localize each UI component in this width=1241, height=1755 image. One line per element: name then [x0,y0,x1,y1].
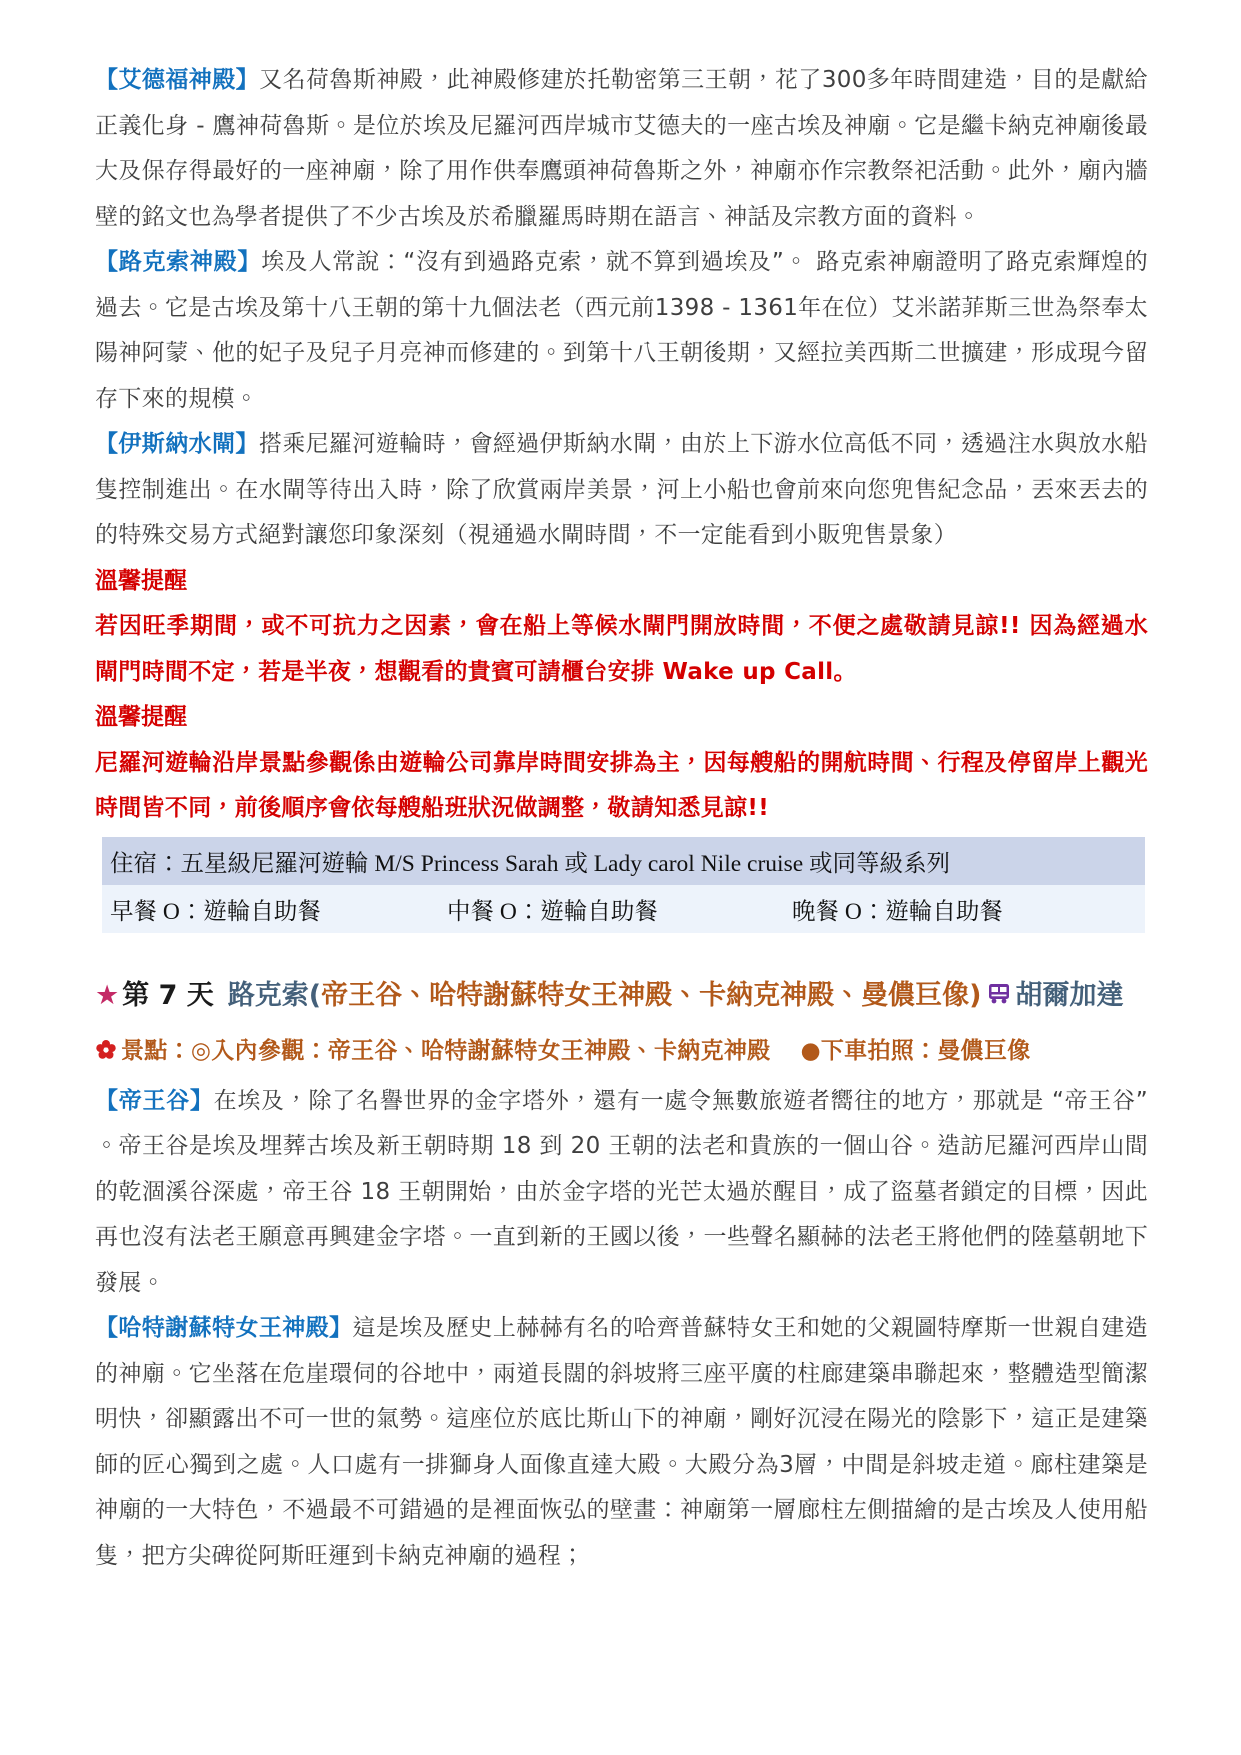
accommodation-row: 住宿：五星級尼羅河遊輪 M/S Princess Sarah 或 Lady ca… [102,837,1145,885]
breakfast-cell: 早餐 O：遊輪自助餐 [110,892,447,926]
accommodation-text: 住宿：五星級尼羅河遊輪 M/S Princess Sarah 或 Lady ca… [110,844,950,878]
paragraph-edfu-temple: 【艾德福神殿】又名荷魯斯神殿，此神殿修建於托勒密第三王朝，花了300多年時間建造… [95,58,1148,240]
temple-name-header: 【路克索神殿】 [95,249,261,275]
day-city-label: 路克索( [228,980,321,1011]
paragraph-esna-lock: 【伊斯納水閘】搭乘尼羅河遊輪時，會經過伊斯納水閘，由於上下游水位高低不同，透過注… [95,422,1148,559]
temple-name-header: 【哈特謝蘇特女王神殿】 [95,1315,352,1341]
lodging-table: 住宿：五星級尼羅河遊輪 M/S Princess Sarah 或 Lady ca… [102,837,1145,933]
flower-icon [95,1033,117,1075]
day-number-label: 第 7 天 [122,980,214,1011]
paragraph-text: 在埃及，除了名譽世界的金字塔外，還有一處令無數旅遊者嚮往的地方，那就是 “帝王谷… [95,1088,1148,1296]
dinner-cell: 晚餐 O：遊輪自助餐 [792,892,1145,926]
sights-line: 景點：◎入內參觀：帝王谷、哈特謝蘇特女王神殿、卡納克神殿●下車拍照：曼儂巨像 [95,1030,1148,1075]
notice-text: 若因旺季期間，或不可抗力之因素，會在船上等候水閘門開放時間，不便之處敬請見諒!!… [95,604,1148,695]
page-content: 【艾德福神殿】又名荷魯斯神殿，此神殿修建於托勒密第三王朝，花了300多年時間建造… [95,58,1148,1579]
day-attractions-label: 帝王谷、哈特謝蘇特女王神殿、卡納克神殿、曼儂巨像) [321,980,981,1011]
bus-icon [986,972,1012,1024]
paragraph-valley-of-kings: 【帝王谷】在埃及，除了名譽世界的金字塔外，還有一處令無數旅遊者嚮往的地方，那就是… [95,1079,1148,1307]
star-icon: ★ [95,980,119,1011]
lunch-cell: 中餐 O：遊輪自助餐 [447,892,792,926]
sights-photo-list: ●下車拍照：曼儂巨像 [800,1038,1030,1064]
temple-name-header: 【帝王谷】 [95,1088,214,1114]
sights-label: 景點： [121,1038,191,1064]
day7-title: ★第 7 天路克索(帝王谷、哈特謝蘇特女王神殿、卡納克神殿、曼儂巨像)胡爾加達 [95,970,1148,1024]
day-destination-label: 胡爾加達 [1016,980,1124,1011]
sights-visit-list: ◎入內參觀：帝王谷、哈特謝蘇特女王神殿、卡納克神殿 [191,1038,771,1064]
paragraph-text: 這是埃及歷史上赫赫有名的哈齊普蘇特女王和她的父親圖特摩斯一世親自建造的神廟。它坐… [95,1315,1148,1569]
temple-name-header: 【艾德福神殿】 [95,67,259,93]
paragraph-luxor-temple: 【路克索神殿】埃及人常說：“沒有到過路克索，就不算到過埃及”。 路克索神廟證明了… [95,240,1148,422]
notice-text: 尼羅河遊輪沿岸景點參觀係由遊輪公司靠岸時間安排為主，因每艘船的開航時間、行程及停… [95,741,1148,832]
notice-title: 溫馨提醒 [95,695,1148,741]
day7-paragraphs: 【帝王谷】在埃及，除了名譽世界的金字塔外，還有一處令無數旅遊者嚮往的地方，那就是… [95,1079,1148,1580]
notice-title: 溫馨提醒 [95,559,1148,605]
temple-name-header: 【伊斯納水閘】 [95,431,259,457]
itinerary-page: 【艾德福神殿】又名荷魯斯神殿，此神殿修建於托勒密第三王朝，花了300多年時間建造… [0,0,1241,1755]
paragraph-hatshepsut-temple: 【哈特謝蘇特女王神殿】這是埃及歷史上赫赫有名的哈齊普蘇特女王和她的父親圖特摩斯一… [95,1306,1148,1579]
meals-row: 早餐 O：遊輪自助餐 中餐 O：遊輪自助餐 晚餐 O：遊輪自助餐 [102,885,1145,933]
